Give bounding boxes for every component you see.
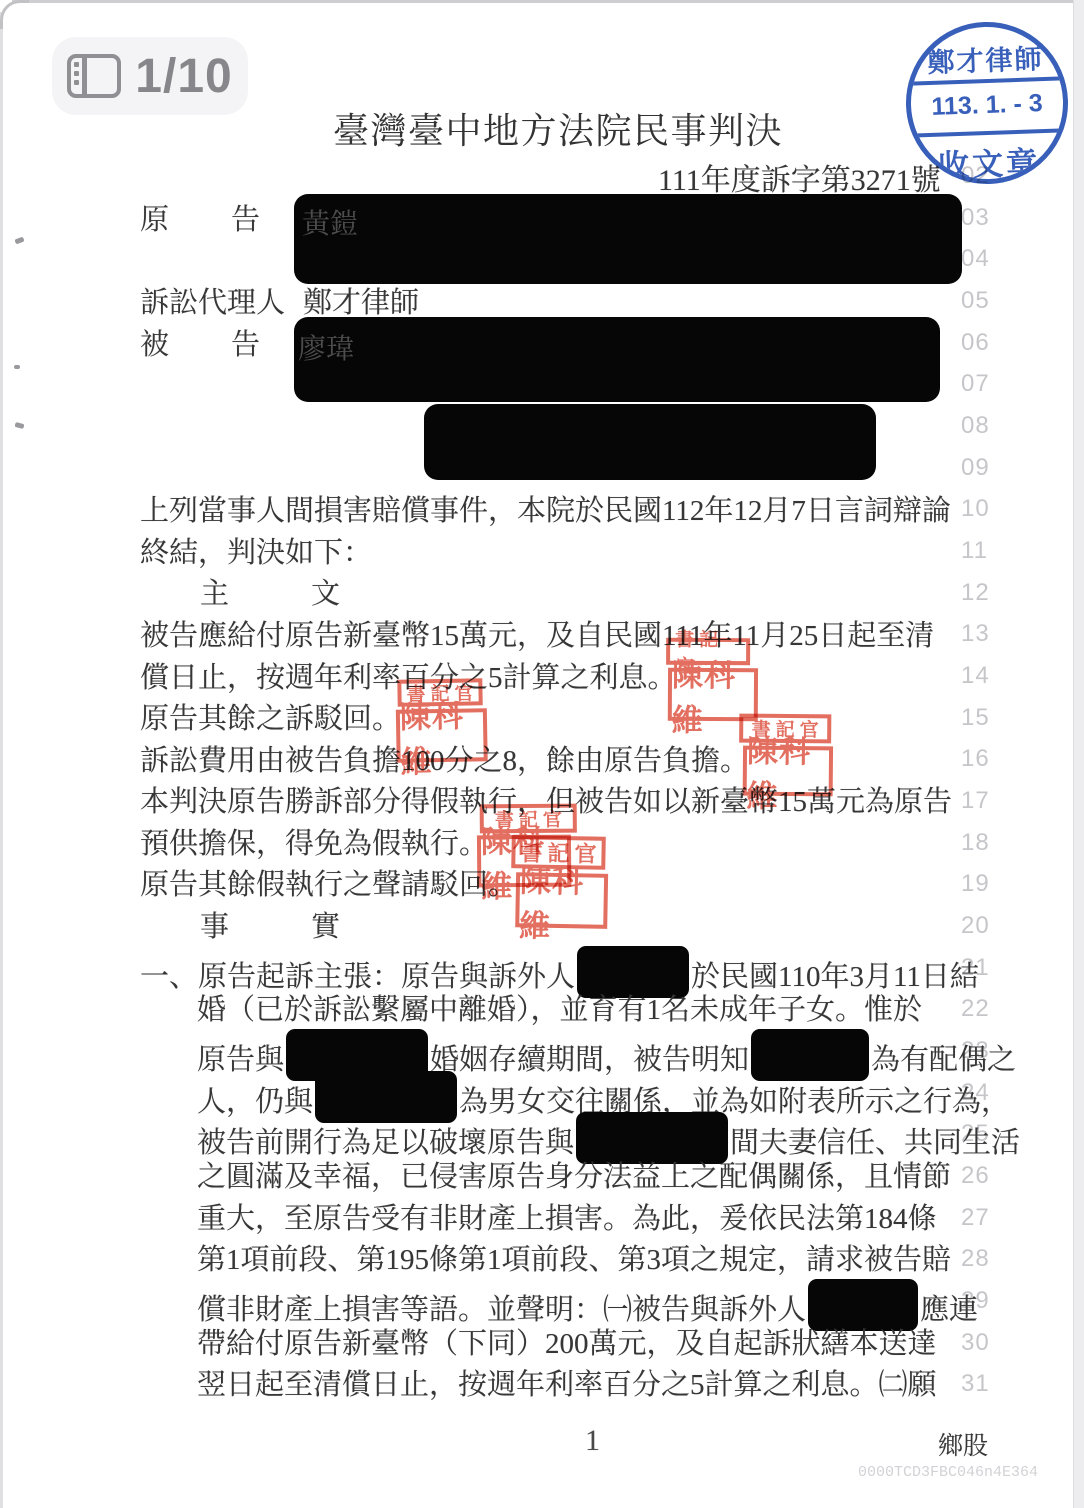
line-number: 11 xyxy=(961,537,1005,565)
line-number: 15 xyxy=(961,704,1005,732)
line-number: 19 xyxy=(961,870,1005,898)
line-number: 05 xyxy=(961,287,1005,315)
clerk-stamp: 書記官 陳科維 xyxy=(739,714,834,797)
lawyer-receipt-stamp: 鄭才律師 113. 1. - 3 收文章 xyxy=(903,19,1071,187)
clerk-stamp: 書記官 陳科維 xyxy=(510,835,609,929)
line-number: 17 xyxy=(961,787,1005,815)
page-top-edge xyxy=(12,0,1084,3)
redaction-box-defendant xyxy=(294,317,940,402)
page-indicator-badge[interactable]: 1/10 xyxy=(52,37,248,115)
line-number: 10 xyxy=(961,495,1005,523)
line-number: 28 xyxy=(961,1245,1005,1273)
scanned-judgment-page: 1/10 02 03 04 05 06 07 08 09 10 11 12 13… xyxy=(0,0,1084,1508)
line-number: 09 xyxy=(961,454,1005,482)
page-indicator-label: 1/10 xyxy=(135,49,232,104)
section-heading-main: 主文 xyxy=(200,571,422,612)
body-line: 上列當事人間損害賠償事件，本院於民國112年12月7日言詞辯論 xyxy=(140,488,951,529)
clerk-stamp: 書記官 陳科維 xyxy=(395,678,487,763)
clerk-stamp-name: 陳科維 xyxy=(515,872,608,929)
receipt-stamp-name: 鄭才律師 xyxy=(909,36,1062,80)
clerk-stamp-name: 陳科維 xyxy=(396,708,488,763)
agent-name: 鄭才律師 xyxy=(303,280,419,321)
line-number: 20 xyxy=(961,912,1005,940)
redaction-box-address xyxy=(424,404,876,480)
line-number: 18 xyxy=(961,829,1005,857)
body-line: 預供擔保，得免為假執行。 xyxy=(140,821,488,862)
line-number: 03 xyxy=(961,204,1005,232)
line-number: 04 xyxy=(961,245,1005,273)
dust-speck xyxy=(15,422,25,429)
body-line: 原告其餘假執行之聲請駁回。 xyxy=(140,862,517,903)
line-number: 30 xyxy=(961,1329,1005,1357)
body-line: 之圓滿及幸福，已侵害原告身分法益上之配偶關係，且情節 xyxy=(197,1154,951,1195)
page-number: 1 xyxy=(585,1424,600,1458)
page-corner-edge xyxy=(0,0,29,29)
line-number: 06 xyxy=(961,329,1005,357)
receipt-stamp-label: 收文章 xyxy=(912,136,1065,186)
receipt-stamp-date: 113. 1. - 3 xyxy=(911,88,1064,122)
line-number: 08 xyxy=(961,412,1005,440)
page-thumbnails-icon xyxy=(67,54,121,98)
clerk-stamp-name: 陳科維 xyxy=(743,746,833,797)
redaction-box-plaintiff xyxy=(294,194,962,284)
section-heading-facts: 事實 xyxy=(200,904,422,945)
page-left-edge xyxy=(0,12,3,1508)
body-line: 翌日起至清償日止，按週年利率百分之5計算之利息。㈡願 xyxy=(197,1362,937,1403)
line-number: 14 xyxy=(961,662,1005,690)
clerk-stamp: 書記官 陳科維 xyxy=(666,638,758,721)
document-barcode-text: 0000TCD3FBC046n4E364 xyxy=(858,1464,1038,1481)
line-number: 13 xyxy=(961,620,1005,648)
case-number: 111年度訴字第3271號 xyxy=(658,155,941,199)
line-number: 12 xyxy=(961,579,1005,607)
line-number: 07 xyxy=(961,370,1005,398)
body-line: 被告應給付原告新臺幣15萬元，及自民國111年11月25日起至清 xyxy=(140,613,934,654)
line-number: 16 xyxy=(961,745,1005,773)
body-line: 第1項前段、第195條第1項前段、第3項之規定，請求被告賠 xyxy=(197,1237,951,1278)
line-number: 22 xyxy=(961,995,1005,1023)
judgment-title: 臺灣臺中地方法院民事判決 xyxy=(333,103,783,154)
body-line: 原告其餘之訴駁回。 xyxy=(140,696,401,737)
page-right-edge xyxy=(1073,0,1084,1508)
line-number: 27 xyxy=(961,1204,1005,1232)
agent-label: 訴訟代理人 xyxy=(140,280,285,321)
redacted-name-fragment: 黃鎧 xyxy=(302,202,358,242)
body-line: 終結，判決如下： xyxy=(140,530,372,571)
body-line: 婚（已於訴訟繫屬中離婚），並育有1名未成年子女。惟於 xyxy=(197,987,922,1028)
body-line: 帶給付原告新臺幣（下同）200萬元，及自起訴狀繕本送達 xyxy=(197,1321,937,1362)
redacted-name-fragment: 廖瑋 xyxy=(298,327,354,367)
dust-speck xyxy=(14,237,24,245)
line-number: 31 xyxy=(961,1370,1005,1398)
clerk-division: 鄉股 xyxy=(938,1426,988,1462)
dust-speck xyxy=(14,365,20,369)
body-line: 重大，至原告受有非財產上損害。為此，爰依民法第184條 xyxy=(197,1196,937,1237)
line-number: 26 xyxy=(961,1162,1005,1190)
